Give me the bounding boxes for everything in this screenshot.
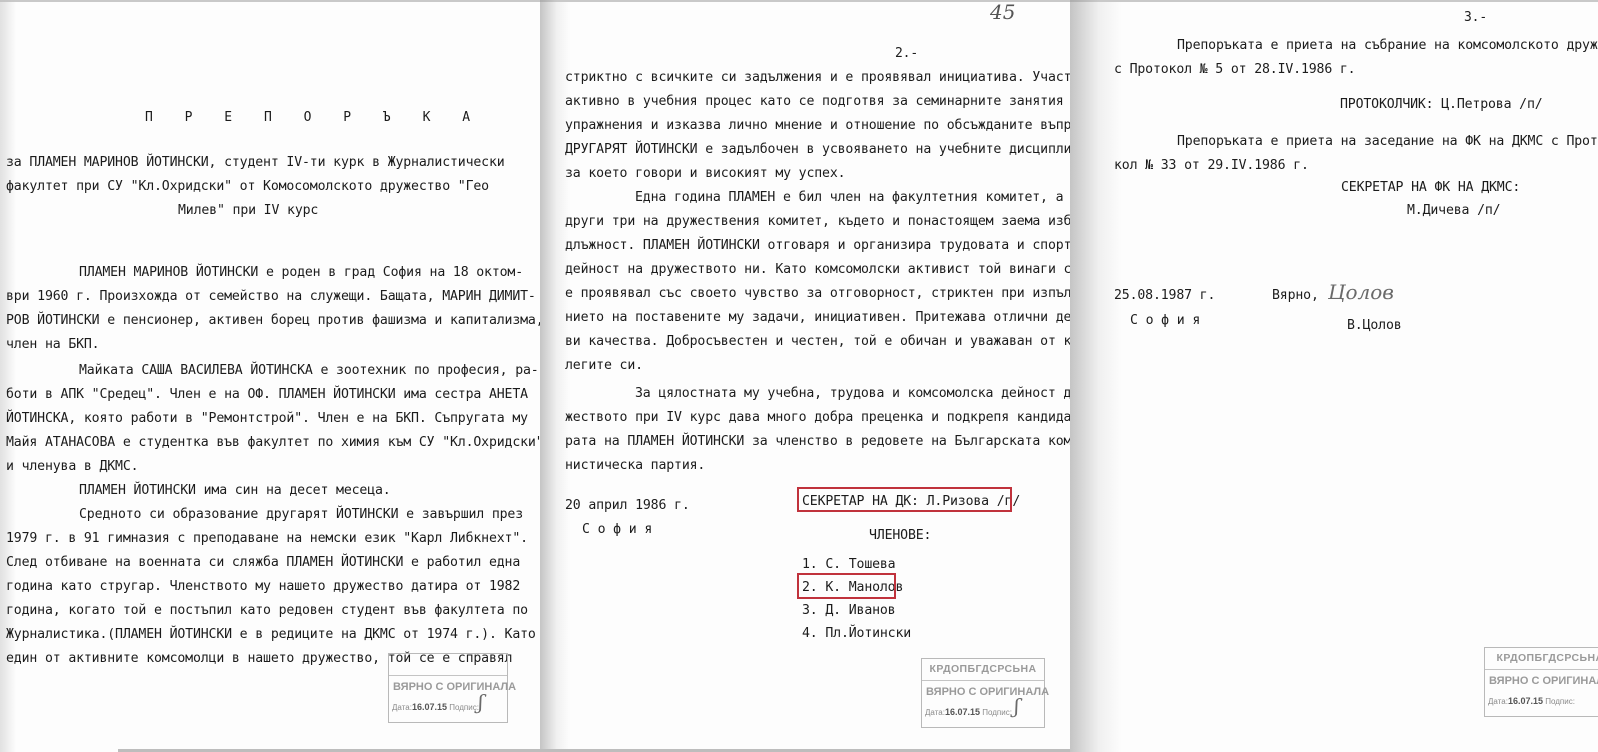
body-line: година като стругар. Членството му нашет…	[6, 579, 520, 595]
stamp-date: 16.07.15	[945, 707, 980, 717]
highlight-box-member	[797, 573, 896, 599]
stamp-signature-mark: ʃ	[1014, 694, 1019, 718]
body-line: ДРУГАРЯТ ЙОТИНСКИ е задълбочен в усвоява…	[565, 142, 1070, 158]
certification-stamp: КРДОПБГДСРСЬНА ВЯРНО С ОРИГИНАЛА Дата:16…	[1484, 647, 1598, 717]
body-line: Майя АТАНАСОВА е студентка във факултет …	[6, 435, 540, 451]
stamp-sign-label: Подпис:	[449, 703, 479, 712]
body-line: рата на ПЛАМЕН ЙОТИНСКИ за членство в ре…	[565, 434, 1070, 450]
certification-stamp: КРДОПБГДСРСЬНА ВЯРНО С ОРИГИНАЛА Дата:16…	[388, 653, 508, 723]
body-line: 1979 г. в 91 гимназия с преподаване на н…	[6, 531, 528, 547]
document-page-1: П Р Е П О Р Ъ К А за ПЛАМЕН МАРИНОВ ЙОТИ…	[0, 0, 540, 752]
certification-stamp: КРДОПБГДСРСЬНА ВЯРНО С ОРИГИНАЛА Дата:16…	[921, 658, 1045, 728]
handwritten-page-number: 45	[990, 0, 1015, 24]
page-number: 2.-	[895, 46, 918, 62]
body-line: ПЛАМЕН МАРИНОВ ЙОТИНСКИ е роден в град С…	[79, 265, 523, 281]
certifier-name: В.Цолов	[1347, 318, 1402, 334]
body-line: легите си.	[565, 358, 643, 374]
body-line: ври 1960 г. Произхожда от семейство на с…	[6, 289, 536, 305]
stamp-text: ВЯРНО С ОРИГИНАЛА	[926, 686, 1049, 698]
body-line: ЙОТИНСКА, която работи в "Ремонтстрой". …	[6, 411, 528, 427]
subject-line: факултет при СУ "Кл.Охридски" от Комосом…	[6, 179, 489, 195]
handwritten-signature: Цолов	[1328, 280, 1394, 304]
body-line: за което говори и високият му успех.	[565, 166, 845, 182]
body-line: ви качества. Добросъвестен и честен, той…	[565, 334, 1070, 350]
body-line: Майката САША ВАСИЛЕВА ЙОТИНСКА е зоотехн…	[79, 363, 539, 379]
stamp-text: ВЯРНО С ОРИГИНАЛА	[1489, 675, 1598, 687]
document-page-2: 45 2.- стриктно с всичките си задължения…	[540, 0, 1070, 752]
fk-secretary: СЕКРЕТАР НА ФК НА ДКМС:	[1341, 180, 1520, 196]
scan-shadow	[540, 0, 570, 752]
highlight-box-secretary	[797, 487, 1012, 512]
body-line: други три на дружествения комитет, къдет…	[565, 214, 1070, 230]
subject-line: Милев" при IV курс	[178, 203, 318, 219]
page-number: 3.-	[1464, 10, 1487, 26]
body-line: активно в учебния процес като се подготв…	[565, 94, 1070, 110]
stamp-date-label: Дата:	[1488, 697, 1508, 706]
members-heading: ЧЛЕНОВЕ:	[869, 528, 931, 544]
stamp-org: КРДОПБГДСРСЬНА	[389, 654, 507, 676]
body-line: упражнения и изказва лично мнение и отно…	[565, 118, 1070, 134]
body-line: РОВ ЙОТИНСКИ е пенсионер, активен борец …	[6, 313, 540, 329]
body-line: Средното си образование другарят ЙОТИНСК…	[79, 507, 523, 523]
stamp-text: ВЯРНО С ОРИГИНАЛА	[393, 681, 516, 693]
body-line: дейност на дружеството ни. Като комсомол…	[565, 262, 1070, 278]
member-item: 3. Д. Иванов	[802, 603, 895, 619]
body-line: година, когато той е постъпил като редов…	[6, 603, 528, 619]
body-line: нистическа партия.	[565, 458, 705, 474]
stamp-sign-label: Подпис:	[1545, 697, 1575, 706]
stamp-sign-label: Подпис:	[982, 708, 1012, 717]
body-line: нието на поставените му задачи, инициати…	[565, 310, 1070, 326]
stamp-date: 16.07.15	[412, 702, 447, 712]
body-line: кол № 33 от 29.IV.1986 г.	[1114, 158, 1309, 174]
stamp-org: КРДОПБГДСРСЬНА	[1485, 648, 1598, 670]
certification-city: С о ф и я	[1130, 313, 1200, 329]
stamp-date: 16.07.15	[1508, 696, 1543, 706]
body-line: ПЛАМЕН ЙОТИНСКИ има син на десет месеца.	[79, 483, 391, 499]
scan-edge	[1070, 0, 1598, 2]
member-item: 1. С. Тошева	[802, 557, 895, 573]
body-line: стриктно с всичките си задължения и е пр…	[565, 70, 1070, 86]
stamp-date-label: Дата:	[925, 708, 945, 717]
body-line: След отбиване на военната си сляжба ПЛАМ…	[6, 555, 520, 571]
body-line: жеството при IV курс дава много добра пр…	[565, 410, 1070, 426]
document-date: 20 април 1986 г.	[565, 498, 690, 514]
stamp-date-label: Дата:	[392, 703, 412, 712]
body-line: член на БКП.	[6, 337, 99, 353]
scan-shadow	[1070, 0, 1122, 752]
recorder-line: ПРОТОКОЛЧИК: Ц.Петрова /п/	[1340, 97, 1543, 113]
body-line: Една година ПЛАМЕН е бил член на факулте…	[635, 190, 1063, 206]
stamp-date-row: Дата:16.07.15 Подпис:	[925, 707, 1012, 717]
stamp-date-row: Дата:16.07.15 Подпис:	[392, 702, 479, 712]
body-line: боти в АПК "Средец". Член е на ОФ. ПЛАМЕ…	[6, 387, 528, 403]
body-line: и членува в ДКМС.	[6, 459, 138, 475]
body-line: Препоръката е приета на заседание на ФК …	[1177, 134, 1598, 150]
document-city: С о ф и я	[582, 522, 652, 538]
body-line: Журналистика.(ПЛАМЕН ЙОТИНСКИ е в редици…	[6, 627, 536, 643]
body-line: За цялостната му учебна, трудова и комсо…	[635, 386, 1070, 402]
fk-secretary-name: М.Дичева /п/	[1407, 203, 1500, 219]
stamp-signature-mark: ʃ	[478, 690, 483, 714]
stamp-date-row: Дата:16.07.15 Подпис:	[1488, 696, 1575, 706]
body-line: е проявявал със своето чувство за отгово…	[565, 286, 1070, 302]
document-title: П Р Е П О Р Ъ К А	[145, 110, 482, 126]
certified-label: Вярно,	[1272, 288, 1319, 304]
body-line: длъжност. ПЛАМЕН ЙОТИНСКИ отговаря и орг…	[565, 238, 1070, 254]
subject-line: за ПЛАМЕН МАРИНОВ ЙОТИНСКИ, студент IV-т…	[6, 155, 505, 171]
certification-date: 25.08.1987 г.	[1114, 288, 1215, 304]
stamp-org: КРДОПБГДСРСЬНА	[922, 659, 1044, 681]
body-line: с Протокол № 5 от 28.IV.1986 г.	[1114, 62, 1355, 78]
body-line: Препоръката е приета на събрание на комс…	[1177, 38, 1598, 54]
document-page-3: 3.- Препоръката е приета на събрание на …	[1070, 0, 1598, 752]
scan-edge	[0, 0, 540, 2]
member-item: 4. Пл.Йотински	[802, 626, 911, 642]
